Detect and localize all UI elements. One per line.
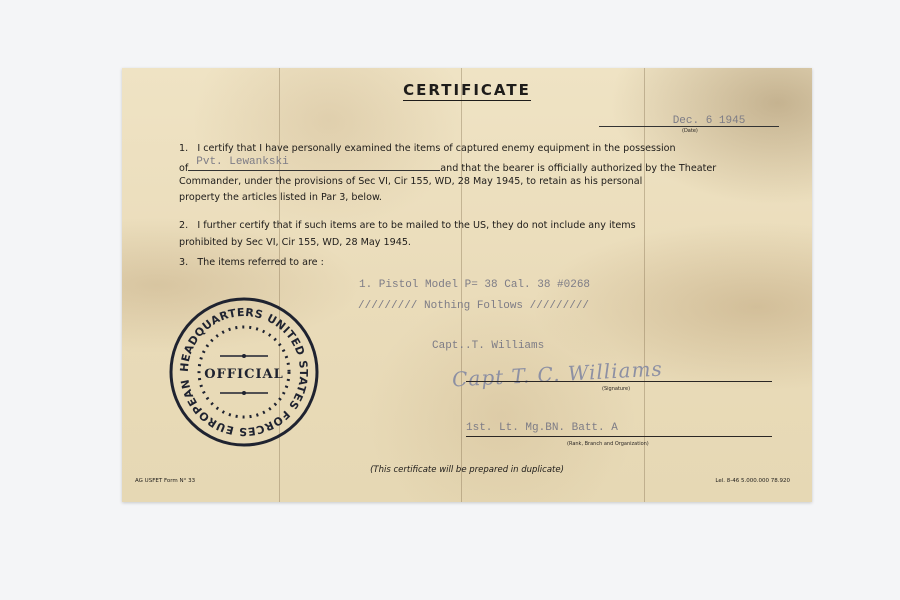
rank-caption: (Rank, Branch and Organization): [567, 441, 649, 447]
date-field: Dec. 6 1945: [599, 110, 779, 127]
official-seal-stamp: HEADQUARTERS UNITED STATES FORCES EUROPE…: [168, 296, 320, 448]
paragraph-number: 1.: [179, 143, 188, 154]
nothing-follows: ///////// Nothing Follows /////////: [358, 300, 589, 312]
date-caption: (Date): [682, 128, 698, 134]
paragraph-text: I certify that I have personally examine…: [197, 143, 675, 154]
item-1: 1. Pistol Model P= 38 Cal. 38 #0268: [359, 279, 590, 291]
bearer-name: Pvt. Lewankski: [196, 154, 288, 170]
paragraph-number: 3.: [179, 257, 188, 268]
rank-line: [466, 436, 772, 437]
form-number: AG USFET Form N° 33: [135, 478, 195, 484]
paragraph-number: 2.: [179, 220, 188, 231]
rank-organization: 1st. Lt. Mg.BN. Batt. A: [466, 422, 618, 434]
bearer-name-field: Pvt. Lewankski: [188, 158, 440, 171]
officer-signature: Capt T. C. Williams: [452, 357, 664, 392]
svg-text:OFFICIAL: OFFICIAL: [204, 367, 284, 382]
officer-typed-name: Capt..T. Williams: [432, 340, 544, 352]
signature-caption: (Signature): [602, 386, 630, 392]
print-code: Lel. 8-46 5.000.000 78.920: [715, 478, 790, 484]
signature-line: [466, 381, 772, 382]
date-value: Dec. 6 1945: [673, 115, 746, 127]
certificate-document: CERTIFICATE Dec. 6 1945 (Date) 1. I cert…: [122, 68, 812, 502]
duplicate-note: (This certificate will be prepared in du…: [122, 465, 812, 475]
certificate-title: CERTIFICATE: [122, 81, 812, 99]
